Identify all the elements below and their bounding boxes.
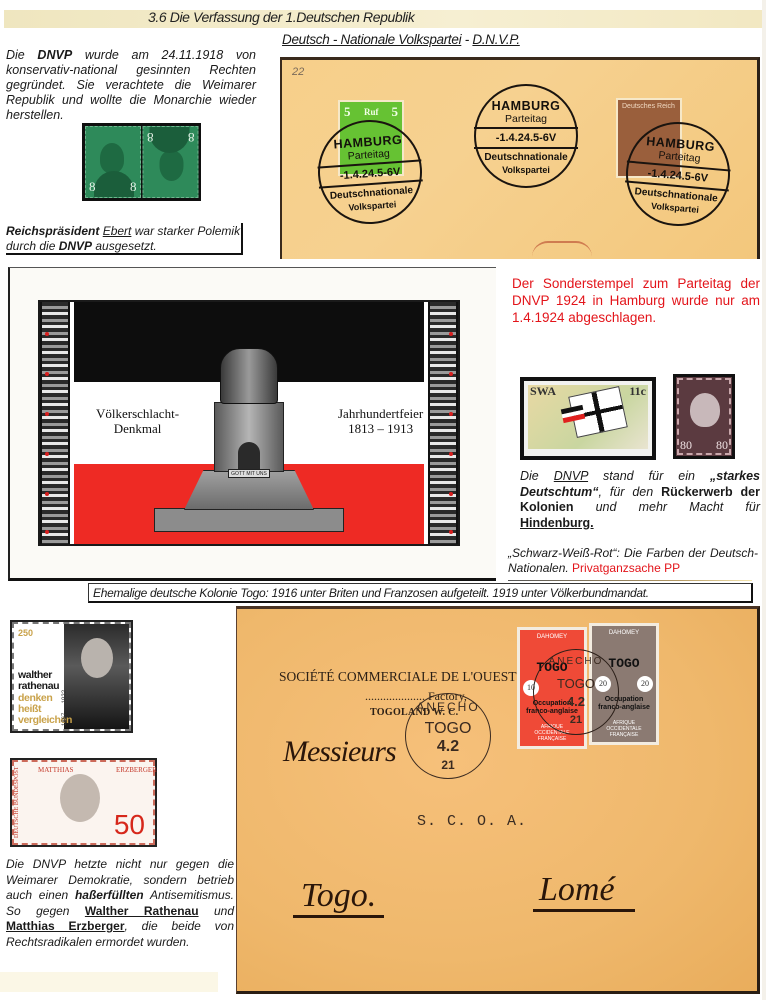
page-title: 3.6 Die Verfassung der 1.Deutschen Repub… [148,9,414,25]
rathenau-stamp: 250 walther rathenau denken heißt vergle… [10,620,133,733]
postmark-hamburg-1: HAMBURG Parteitag -1.4.24.5-6V Deutschna… [314,116,425,227]
addressee-handwriting: Messieurs [283,735,396,769]
ebert-stamp-inverted: 8 8 [143,126,199,198]
intro-paragraph: Die DNVP wurde am 24.11.1918 von konserv… [6,48,256,123]
addressee-scoa: S. C. O. A. [417,813,527,830]
hamburg-cover: 22 5 Ruf 5 Deutsches Reich HAMBURG Parte… [280,57,760,259]
colors-note: „Schwarz-Weiß-Rot“: Die Farben der Deuts… [508,546,758,576]
laurel-border-left [40,302,70,544]
hindenburg-stamp: 80 80 [673,374,735,459]
special-postmark-note: Der Sonderstempel zum Parteitag der DNVP… [512,275,760,326]
postmark-hamburg-3: HAMBURG Parteitag -1.4.24.5-6V Deutschna… [622,118,735,231]
monument-illustration: GOTT MIT UNS [154,342,344,532]
erzberger-stamp: MATTHIAS ERZBERGER DEUTSCHE BUNDESPOST 5… [10,758,157,847]
postmark-anecho: ANECHO TOGO 4.2 21 [405,693,491,779]
destination-togo: Togo. [293,877,384,918]
page-subtitle: Deutsch - Nationale Volkspartei - D.N.V.… [282,32,520,47]
subtitle-abbr: D.N.V.P. [472,32,519,47]
ebert-stamp-pair: 8 8 8 8 [82,123,201,201]
postmark-hamburg-2: HAMBURG Parteitag -1.4.24.5-6V Deutschna… [474,84,578,188]
divider [508,580,752,581]
swa-flag-stamp: SWA 11c [520,377,656,460]
destination-lome: Lomé [533,871,635,912]
antisemitism-text: Die DNVP hetzte nicht nur gegen die Weim… [6,857,234,950]
dnvp-goals-text: Die DNVP stand für ein „starkes Deutscht… [520,469,760,531]
voelkerschlacht-postcard: GOTT MIT UNS Völkerschlacht-Denkmal Jahr… [8,267,496,581]
laurel-border-right [428,302,458,544]
subtitle-party: Deutsch - Nationale Volkspartei [282,32,461,47]
postmark-anecho-on-stamps: ANECHO TOGO 4.2 21 [533,649,619,735]
ebert-caption: Reichspräsident Ebert war starker Polemi… [6,223,243,255]
togo-cover: SOCIÉTÉ COMMERCIALE DE L'OUEST AFRICAI .… [236,606,760,994]
togo-caption: Ehemalige deutsche Kolonie Togo: 1916 un… [88,583,753,603]
ebert-stamp: 8 8 [85,126,141,198]
